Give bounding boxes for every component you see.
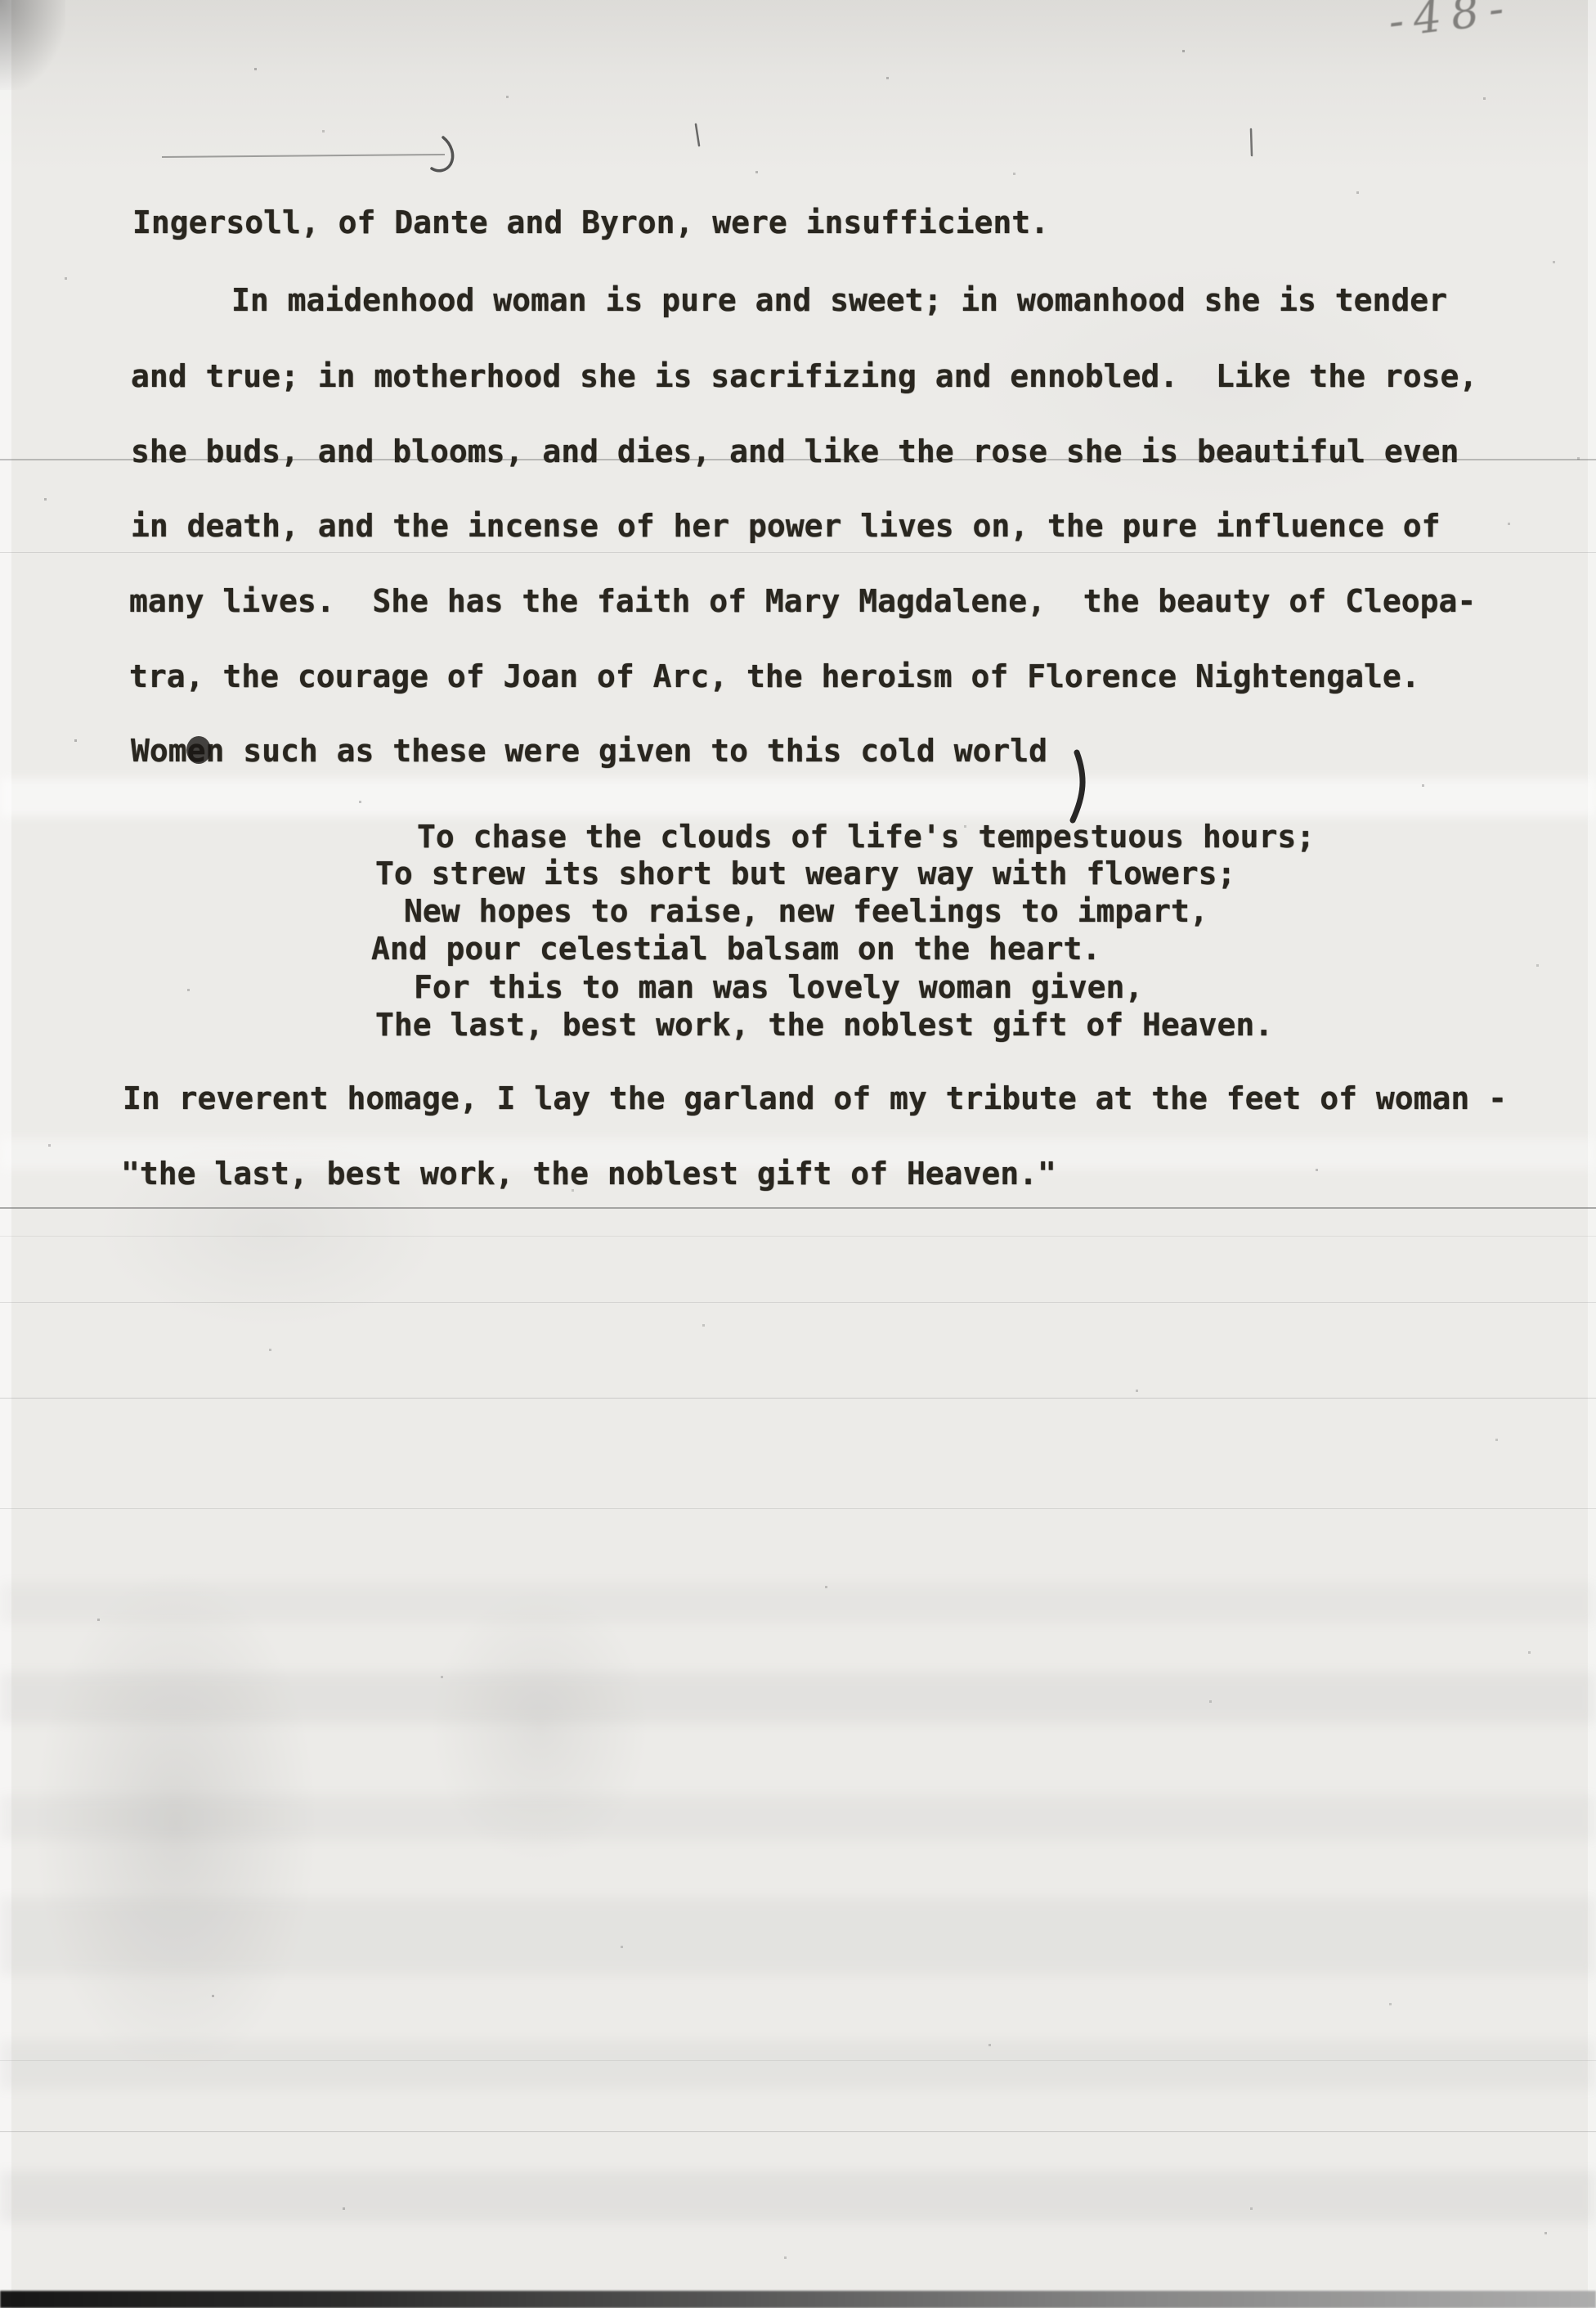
- scanned-typewritten-page: -48- Ingersoll, of Dante and Byron, were…: [0, 0, 1596, 2308]
- paper-stain-band: [0, 2171, 1596, 2222]
- poem-line: The last, best work, the noblest gift of…: [375, 1007, 1273, 1043]
- paper-speckles: [0, 0, 1, 1]
- scan-line: [0, 2131, 1596, 2132]
- handwritten-page-number: -48-: [1386, 0, 1517, 48]
- stray-hook-mark: [432, 137, 453, 171]
- paper-stain-band: [0, 1795, 1596, 1840]
- scan-line: [0, 1398, 1596, 1399]
- typed-line: many lives. She has the faith of Mary Ma…: [129, 583, 1476, 619]
- typed-line: In maidenhood woman is pure and sweet; i…: [231, 282, 1447, 318]
- paper-stain-band: [0, 1673, 1596, 1723]
- poem-line: New hopes to raise, new feelings to impa…: [404, 893, 1208, 929]
- typed-line: In reverent homage, I lay the garland of…: [123, 1080, 1507, 1116]
- paper-stain-band: [0, 1897, 1596, 1975]
- stray-underline: [162, 155, 445, 157]
- corner-smudge: [0, 0, 65, 90]
- poem-line: And pour celestial balsam on the heart.: [371, 931, 1101, 967]
- scan-stripe: [0, 779, 1596, 816]
- stray-tick-mark: [1251, 129, 1252, 155]
- scan-line: [0, 1207, 1596, 1209]
- scan-line: [0, 1302, 1596, 1303]
- typed-line: "the last, best work, the noblest gift o…: [121, 1156, 1056, 1192]
- poem-line: To strew its short but weary way with fl…: [375, 855, 1235, 891]
- typed-line: in death, and the incense of her power l…: [131, 508, 1440, 544]
- poem-line: To chase the clouds of life's tempestuou…: [417, 819, 1315, 855]
- paper-stain-band: [0, 2041, 1596, 2090]
- paper-stain-band: [0, 1583, 1596, 1623]
- typed-line: she buds, and blooms, and dies, and like…: [131, 433, 1459, 469]
- scan-line: [0, 1236, 1596, 1237]
- typed-line: Ingersoll, of Dante and Byron, were insu…: [132, 204, 1049, 240]
- scan-line: [0, 552, 1596, 553]
- stray-tick-mark: [696, 124, 699, 146]
- typed-line: and true; in motherhood she is sacrifizi…: [131, 358, 1477, 394]
- poem-line: For this to man was lovely woman given,: [414, 969, 1143, 1005]
- typed-line: tra, the courage of Joan of Arc, the her…: [129, 658, 1420, 694]
- scan-line: [0, 2060, 1596, 2061]
- typed-line: Women such as these were given to this c…: [131, 733, 1047, 769]
- bottom-scan-edge: [0, 2291, 1596, 2308]
- scan-line: [0, 1508, 1596, 1509]
